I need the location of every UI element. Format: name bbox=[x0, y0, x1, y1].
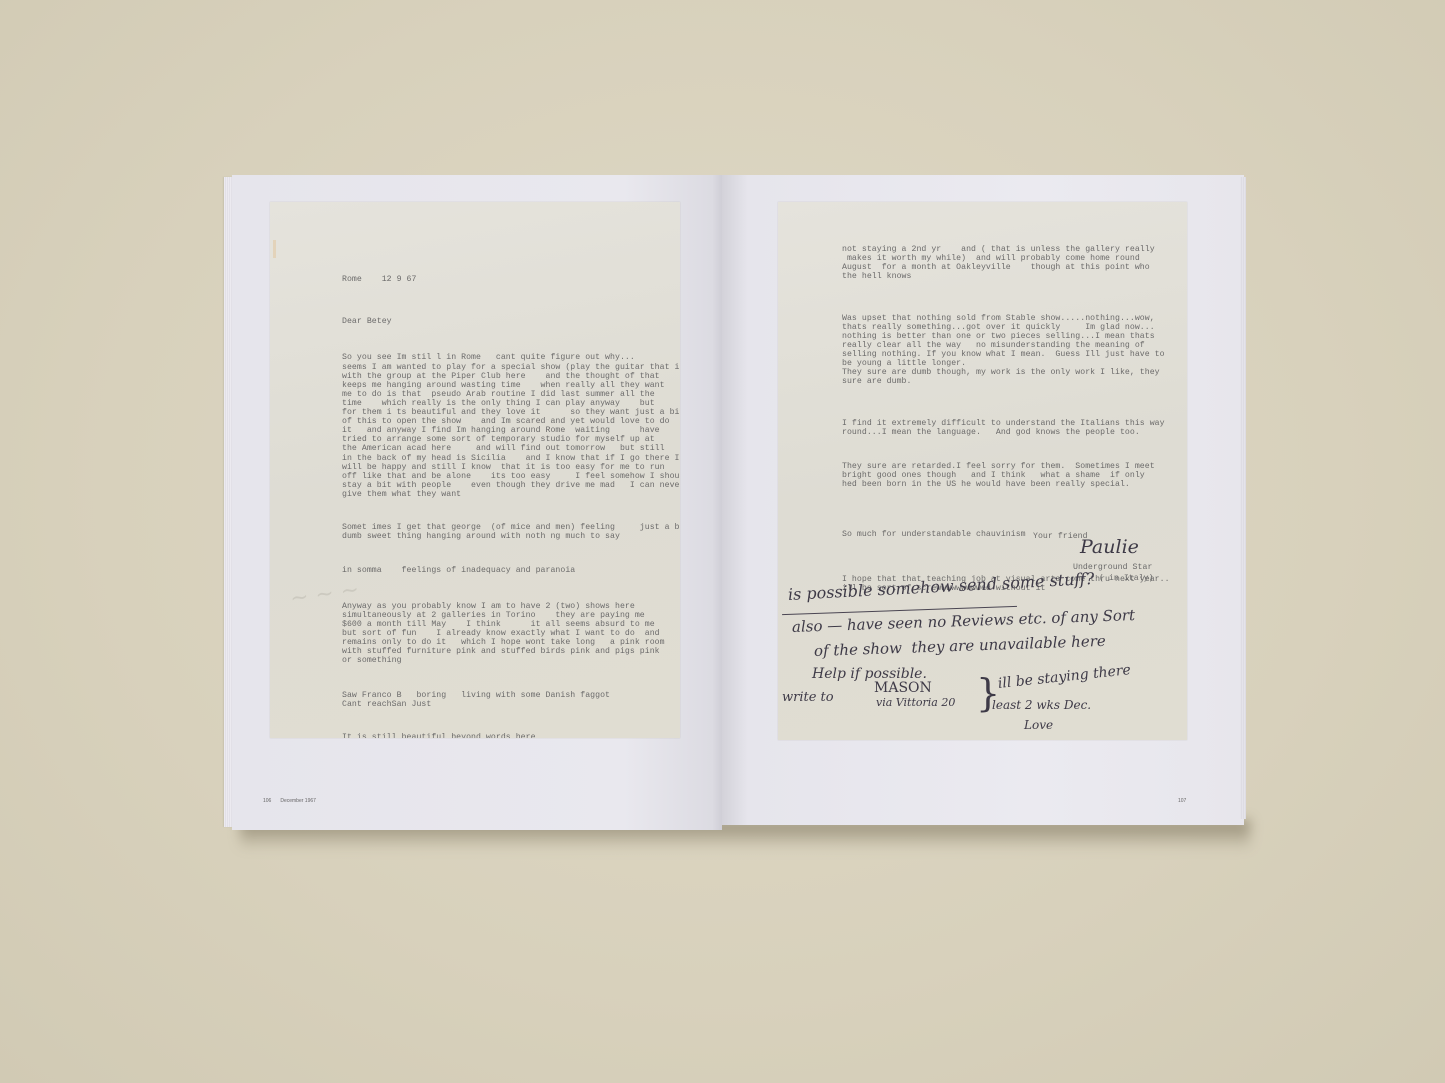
running-footer: December 1967 bbox=[280, 798, 316, 804]
handwritten-address-name: MASON bbox=[874, 680, 932, 696]
paragraph: So you see Im stil l in Rome cant quite … bbox=[342, 353, 680, 499]
page-number-left: 106 bbox=[263, 798, 271, 804]
letter-place: Rome bbox=[342, 275, 362, 284]
paper-stain bbox=[273, 240, 276, 258]
paragraph: in somma feelings of inadequacy and para… bbox=[342, 566, 680, 575]
letter-body-right: not staying a 2nd yr and ( that is unles… bbox=[842, 227, 1170, 617]
paragraph: Was upset that nothing sold from Stable … bbox=[842, 314, 1170, 387]
page-edges-right bbox=[1240, 177, 1246, 819]
paragraph: It is still beautiful beyond words here … bbox=[342, 733, 680, 738]
paragraph: Anyway as you probably know I am to have… bbox=[342, 602, 680, 666]
letter-page-1: ~ ~ ~ Rome 12 9 67 Dear Betey So you see… bbox=[270, 202, 680, 738]
signature: Paulie bbox=[1080, 536, 1139, 558]
handwritten-sign-off: Love bbox=[1024, 718, 1053, 732]
handwritten-brace-note-2: least 2 wks Dec. bbox=[992, 698, 1091, 712]
handwritten-brace-note-1: ill be staying there bbox=[997, 662, 1131, 692]
page-number-right: 107 bbox=[1178, 798, 1186, 804]
paragraph: Somet imes I get that george (of mice an… bbox=[342, 523, 680, 541]
handwritten-address-street: via Vittoria 20 bbox=[876, 696, 955, 709]
handwritten-write-to: write to bbox=[782, 690, 834, 705]
letter-body-left: Dear Betey So you see Im stil l in Rome … bbox=[342, 299, 680, 738]
paragraph: They sure are retarded.I feel sorry for … bbox=[842, 462, 1170, 489]
right-page: not staying a 2nd yr and ( that is unles… bbox=[722, 175, 1244, 825]
left-page: ~ ~ ~ Rome 12 9 67 Dear Betey So you see… bbox=[232, 175, 722, 830]
paragraph: I find it extremely difficult to underst… bbox=[842, 419, 1170, 437]
paragraph: Saw Franco B boring living with some Dan… bbox=[342, 691, 680, 709]
letter-page-2: not staying a 2nd yr and ( that is unles… bbox=[778, 202, 1187, 740]
paragraph: not staying a 2nd yr and ( that is unles… bbox=[842, 245, 1170, 281]
handwritten-line-3: of the show they are unavailable here bbox=[814, 632, 1106, 660]
letter-dateline: Rome 12 9 67 bbox=[342, 275, 416, 284]
signature-location: ( in Italy) bbox=[1099, 574, 1154, 583]
open-book: ~ ~ ~ Rome 12 9 67 Dear Betey So you see… bbox=[224, 175, 1248, 833]
folio-left: 106December 1967 bbox=[263, 798, 316, 804]
salutation: Dear Betey bbox=[342, 317, 680, 326]
letter-date: 12 9 67 bbox=[382, 275, 417, 284]
